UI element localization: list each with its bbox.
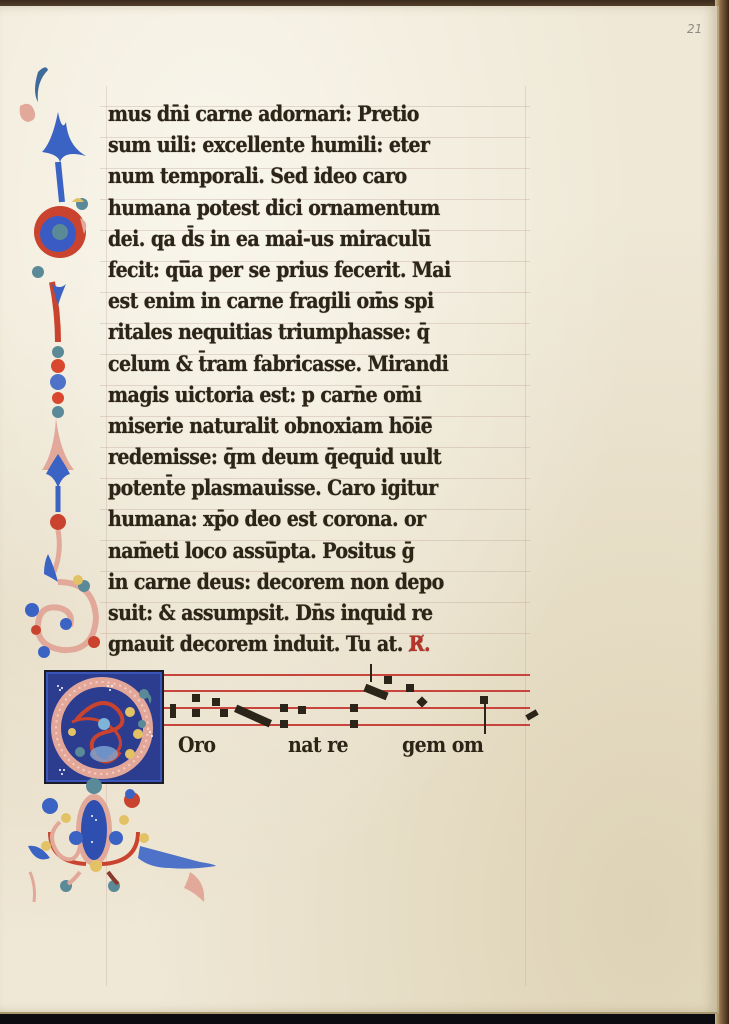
neume [406, 684, 414, 692]
text-line: ritales nequitias triumphasse: q̄ [108, 315, 528, 351]
neume-rhombus [416, 696, 427, 707]
custos [525, 709, 538, 720]
text-line: celum & t̄ram fabricasse. Mirandi [108, 346, 528, 382]
music-staff [162, 674, 530, 728]
chant-lyric: Oro [178, 732, 215, 757]
manuscript-page: 21 mus dn̄i carne adornari: Pretio sum u… [0, 6, 719, 1014]
neume [350, 720, 358, 728]
neume [280, 720, 288, 728]
border-decoration-left [8, 62, 108, 662]
text-block: mus dn̄i carne adornari: Pretio sum uili… [108, 99, 528, 660]
neume [170, 704, 176, 718]
text-line-last: gnauit decorem induit. Tu at. R̸. [108, 627, 528, 663]
neume [220, 709, 228, 717]
neume [212, 698, 220, 706]
neume [480, 696, 488, 704]
text-line: num temporali. Sed ideo caro [108, 159, 528, 195]
border-decoration-bottom [20, 776, 220, 926]
neume [192, 709, 200, 717]
text-line: humana: xp̄o deo est corona. or [108, 502, 528, 538]
neume [384, 676, 392, 684]
neume [192, 694, 200, 702]
responsory-rubric: R̸. [409, 631, 430, 656]
folio-number: 21 [687, 22, 702, 36]
text-line-content: gnauit decorem induit. Tu at. [108, 631, 403, 656]
illuminated-initial [44, 670, 164, 784]
chant-lyric: gem om [402, 732, 483, 757]
neume-ligature [363, 684, 388, 700]
neume-stem [484, 704, 486, 734]
chant-lyric: nat re [288, 732, 348, 757]
neume-stem [370, 664, 372, 682]
neume [350, 704, 358, 712]
initial-o-icon [46, 672, 162, 782]
neume [280, 704, 288, 712]
neume [298, 706, 306, 714]
